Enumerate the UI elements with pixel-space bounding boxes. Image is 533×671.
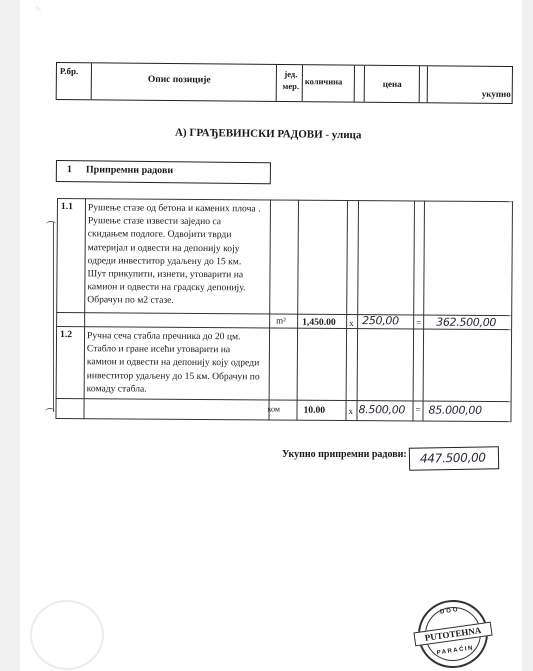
group-label: Припремни радови xyxy=(86,164,173,176)
col-header-unit-cell: јед. мер. xyxy=(276,65,303,101)
equals-sign: = xyxy=(416,318,421,328)
item-quantity: 10.00 xyxy=(303,405,325,416)
equals-sign: = xyxy=(415,405,420,415)
item-total: 362.500,00 xyxy=(436,316,496,329)
col-header-desc-cell: Опис позиције xyxy=(91,63,277,101)
col-header-qty-cell: количина xyxy=(302,65,355,101)
item-quantity: 1,450.00 xyxy=(302,317,336,328)
binder-mark xyxy=(46,221,56,228)
desc-line: одреди инвеститор удаљену до 15 км. xyxy=(88,254,261,268)
items-table: 1.1 Рушење стазе од бетона и камених пло… xyxy=(55,198,512,423)
item-unit: ком xyxy=(268,404,280,413)
item-number: 1.2 xyxy=(60,329,72,340)
margin-line xyxy=(53,222,54,412)
times-sign: x xyxy=(348,406,353,416)
group-heading: 1 Припремни радови xyxy=(56,160,271,184)
desc-line: камион и одвести на градску депонију. xyxy=(87,280,260,294)
item-price: 250,00 xyxy=(362,314,399,327)
bleed-through-stamp xyxy=(30,600,104,670)
col-header-price: цена xyxy=(383,79,402,89)
col-header-unit: јед. мер. xyxy=(279,68,303,92)
desc-line: Рушење стазе извести заједно са xyxy=(88,214,261,228)
col-header-no: Р.бр. xyxy=(60,66,78,76)
desc-line: камион и одвести на депонију коју одреди xyxy=(87,356,260,370)
col-header-price-cell: цена xyxy=(364,66,420,102)
desc-line: Шут прикупити, изнети, утоварити на xyxy=(87,267,260,281)
col-header-qty: количина xyxy=(305,76,343,86)
table-header: Р.бр. Опис позиције јед. мер. количина ц… xyxy=(56,62,513,104)
item-description: Ручна сеча стабла пречника до 20 цм. Ста… xyxy=(87,329,260,396)
times-sign: x xyxy=(349,318,354,328)
item-number: 1.1 xyxy=(61,201,73,212)
desc-line: скидањем подлоге. Одвојити тврди xyxy=(88,228,261,242)
desc-line: Ручна сеча стабла пречника до 20 цм. xyxy=(87,329,260,343)
item-unit: m² xyxy=(276,316,286,326)
col-header-desc: Опис позиције xyxy=(148,75,211,86)
item-description: Рушење стазе од бетона и камених плоча .… xyxy=(87,201,260,308)
subtotal-box: 447.500,00 xyxy=(409,446,499,471)
subtotal-value: 447.500,00 xyxy=(420,450,486,465)
scan-smudge: ✎ xyxy=(35,5,42,14)
desc-line: комаду стабла. xyxy=(87,382,260,396)
col-header-total-cell: укупно xyxy=(427,66,513,103)
desc-line: материјал и одвести на депонију коју xyxy=(88,241,261,255)
group-number: 1 xyxy=(67,164,72,175)
desc-line: инвеститор удаљену до 15 км. Обрачун по xyxy=(87,369,260,383)
col-header-total: укупно xyxy=(482,89,511,99)
desc-line: Стабло и гране исећи утоварити на xyxy=(87,342,260,356)
desc-line: Обрачун по м2 стазе. xyxy=(87,294,260,308)
item-price: 8.500,00 xyxy=(358,403,405,416)
subtotal-label: Укупно припремни радови: xyxy=(282,449,407,460)
item-total: 85.000,00 xyxy=(428,404,481,417)
desc-line: Рушење стазе од бетона и камених плоча . xyxy=(88,201,261,215)
